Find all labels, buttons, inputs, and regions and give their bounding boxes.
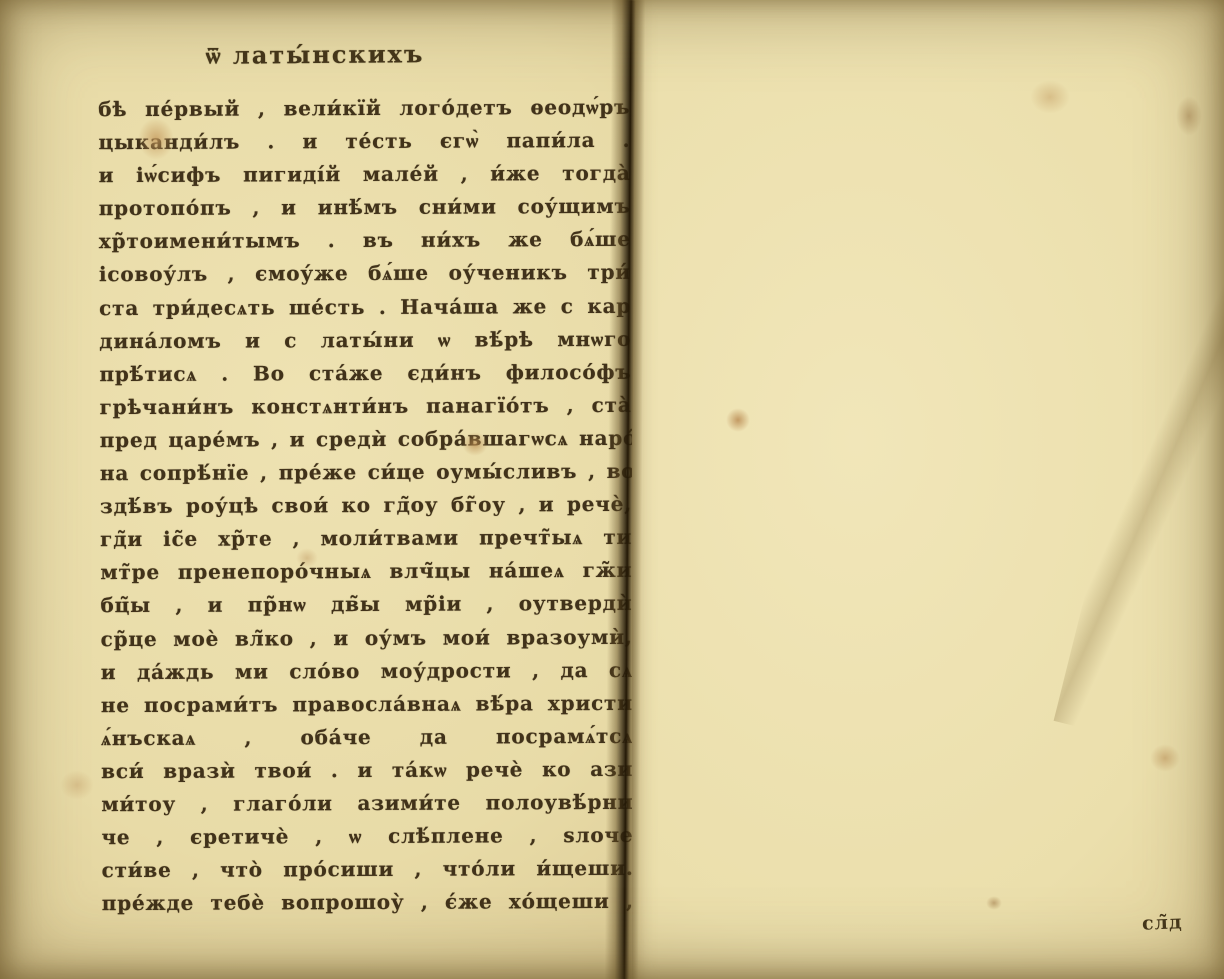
- text-line: бц̃ы , и пр̃нѡ дв̃ы мр̃іи , оутвердѝ: [100, 587, 632, 622]
- text-line: здѣ́въ роу́цѣ свои́ ко гд̃оу бг̃оу , и р…: [100, 488, 632, 523]
- page-gutter: [605, 0, 646, 979]
- running-header-left: ѿ латы́нскихъ: [150, 39, 480, 71]
- text-line: дина́ломъ и с латы́ни ѡ вѣ́рѣ мнѡго: [99, 322, 631, 357]
- text-line: гд̃и іс̃е хр̃те , моли́твами пречт̃ыѧ ти: [100, 521, 632, 556]
- text-line: ісовоу́лъ , ємоу́же бѧ́ше оу́ченикъ три́: [99, 256, 631, 291]
- text-line: ста три́десѧть ше́сть . Нача́ша же с кар: [99, 289, 631, 324]
- book-spread: ѿ латы́нскихъ бѣ пе́рвый , вели́кїй лого…: [0, 0, 1224, 979]
- text-line: ср̃це моѐ вл̃ко , и оу́мъ мои́ вразоумѝ,: [101, 620, 633, 655]
- text-line: мт̃ре пренепоро́чныѧ влч̃цы на́шеѧ гж̃и: [100, 554, 632, 589]
- text-line: ѧ́нъскаѧ , оба́че да посрамѧ́тсѧ: [101, 720, 633, 755]
- text-line: грѣчани́нъ констѧнти́нъ панагїо́тъ , ста…: [99, 389, 631, 424]
- text-line: прѣ́тисѧ . Во ста́же єди́нъ филосо́фъ: [99, 356, 631, 391]
- text-line: и іѡ́сифъ пигиді́й мале́й , и́же тогда̀: [98, 157, 630, 192]
- text-line: хр̃тоимени́тымъ . въ ни́хъ же бѧ́ше: [99, 223, 631, 258]
- text-line: ми́тоу , глаго́ли азими́те полоувѣ́рни: [101, 786, 633, 821]
- text-line: и да́ждь ми сло́во моу́дрости , да сѧ: [101, 653, 633, 688]
- left-page-text: бѣ пе́рвый , вели́кїй лого́детъ ѳеодѡ́ръ…: [98, 91, 634, 921]
- signature-mark: сл̃д: [1142, 911, 1183, 934]
- text-line: цыканди́лъ . и те́сть єгѡ̀ папи́ла .: [98, 124, 630, 159]
- text-line: на сопрѣ́нїе , пре́же си́це оумы́сливъ ,…: [100, 455, 632, 490]
- text-line: вси́ вразѝ твои́ . и та́кѡ речѐ ко ази: [101, 753, 633, 788]
- text-line: сти́ве , что̀ про́сиши , что́ли и́щеши.: [102, 852, 634, 887]
- text-line: протопо́пъ , и инѣ́мъ сни́ми соу́щимъ: [99, 190, 631, 225]
- text-line: че , єретичѐ , ѡ слѣ́плене , ѕлоче: [101, 819, 633, 854]
- text-line: пре́жде тебѐ вопрошоу̀ , є́же хо́щеши ,: [102, 885, 634, 920]
- left-page: ѿ латы́нскихъ бѣ пе́рвый , вели́кїй лого…: [0, 0, 632, 979]
- text-line: бѣ пе́рвый , вели́кїй лого́детъ ѳеодѡ́ръ: [98, 91, 630, 126]
- text-line: пред царе́мъ , и средѝ собра́вшагѡсѧ нар…: [100, 422, 632, 457]
- text-line: не посрами́тъ правосла́внаѧ вѣ́ра христи: [101, 687, 633, 722]
